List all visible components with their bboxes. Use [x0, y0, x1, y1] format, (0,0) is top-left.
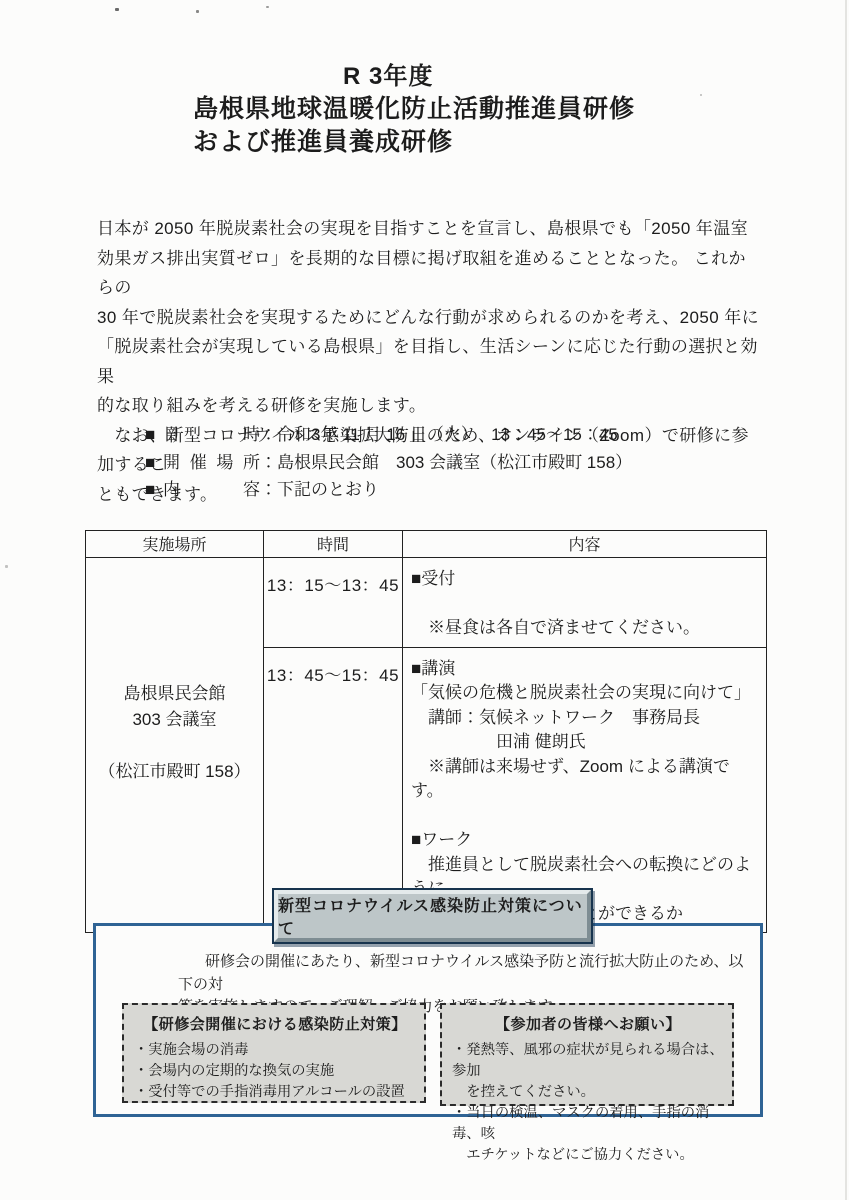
- document-title-block: R 3年度 島根県地球温暖化防止活動推進員研修 および推進員養成研修: [193, 60, 635, 159]
- table-row-reception: 島根県民会館 303 会議室 （松江市殿町 158） 13：15～13：45 ■…: [86, 558, 767, 648]
- venue-measures-panel: 【研修会開催における感染防止対策】 ・実施会場の消毒 ・会場内の定期的な換気の実…: [122, 1003, 426, 1103]
- table-header-row: 実施場所 時間 内容: [86, 531, 767, 558]
- square-bullet-icon: ■: [145, 421, 163, 449]
- square-bullet-icon: ■: [145, 476, 163, 504]
- detail-row-contents: ■内容：下記のとおり: [145, 476, 632, 504]
- covid-title-text: 新型コロナウイルス感染防止対策について: [274, 890, 591, 942]
- table-cell-time-reception: 13：15～13：45: [264, 558, 403, 648]
- detail-value-datetime: 令和3年 11 月 16 日（火） 13：45～15：45: [277, 425, 618, 444]
- detail-value-contents: 下記のとおり: [277, 480, 379, 499]
- scanned-flyer-page: R 3年度 島根県地球温暖化防止活動推進員研修 および推進員養成研修 日本が 2…: [0, 0, 849, 1200]
- scanner-edge-line: [845, 0, 847, 1200]
- scan-artifact: [266, 6, 269, 8]
- detail-value-venue: 島根県民会館 303 会議室（松江市殿町 158）: [277, 453, 632, 472]
- detail-label-contents: 内容: [163, 476, 260, 504]
- venue-measures-items: ・実施会場の消毒 ・会場内の定期的な換気の実施 ・受付等での手指消毒用アルコール…: [134, 1040, 416, 1103]
- table-header-content: 内容: [403, 531, 767, 558]
- title-fiscal-year: R 3年度: [343, 60, 635, 93]
- participant-requests-items: ・発熱等、風邪の症状が見られる場合は、参加 を控えてください。 ・当日の検温、マ…: [452, 1040, 724, 1166]
- participant-requests-panel: 【参加者の皆様へお願い】 ・発熱等、風邪の症状が見られる場合は、参加 を控えてく…: [440, 1003, 734, 1106]
- table-header-place: 実施場所: [86, 531, 264, 558]
- participant-requests-title: 【参加者の皆様へお願い】: [452, 1013, 724, 1034]
- table-cell-place: 島根県民会館 303 会議室 （松江市殿町 158）: [86, 558, 264, 933]
- detail-label-venue: 開催場所: [163, 449, 260, 477]
- table-header-time: 時間: [264, 531, 403, 558]
- scan-artifact: [5, 565, 8, 568]
- detail-row-datetime: ■日時：令和3年 11 月 16 日（火） 13：45～15：45: [145, 421, 632, 449]
- detail-label-datetime: 日時: [163, 421, 260, 449]
- square-bullet-icon: ■: [145, 449, 163, 477]
- title-main: 島根県地球温暖化防止活動推進員研修: [193, 93, 635, 126]
- title-sub: および推進員養成研修: [193, 126, 635, 159]
- detail-row-venue: ■開催場所：島根県民会館 303 会議室（松江市殿町 158）: [145, 449, 632, 477]
- venue-measures-title: 【研修会開催における感染防止対策】: [134, 1013, 416, 1034]
- detail-separator: ：: [260, 480, 277, 499]
- schedule-table: 実施場所 時間 内容 島根県民会館 303 会議室 （松江市殿町 158） 13…: [85, 530, 767, 933]
- event-details-list: ■日時：令和3年 11 月 16 日（火） 13：45～15：45 ■開催場所：…: [145, 421, 632, 504]
- place-text: 島根県民会館 303 会議室 （松江市殿町 158）: [87, 681, 262, 785]
- scan-artifact: [700, 94, 702, 96]
- detail-separator: ：: [260, 425, 277, 444]
- scan-artifact: [196, 10, 199, 13]
- covid-title-bar: 新型コロナウイルス感染防止対策について: [272, 888, 593, 944]
- detail-separator: ：: [260, 453, 277, 472]
- table-cell-content-reception: ■受付 ※昼食は各自で済ませてください。: [403, 558, 767, 648]
- scan-artifact: [115, 8, 119, 11]
